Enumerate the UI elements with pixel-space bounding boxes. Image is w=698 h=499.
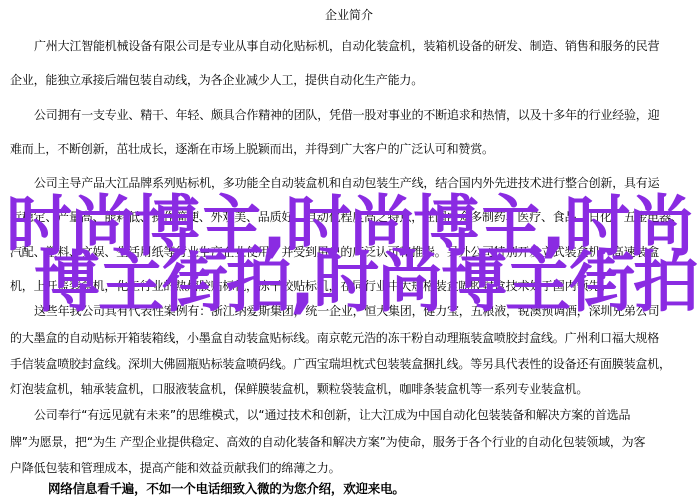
page-title: 企业简介 — [0, 6, 698, 24]
paragraph-4-line-3: 手信装盒喷胶封盒线。深圳大佛圆瓶贴标装盒喷码线。广西宝瑞坦枕式包装装盒捆扎线。等… — [10, 356, 671, 372]
paragraph-5-line-3: 户降低包装和管理成本，提高产能和效益贡献我们的绵薄之力。 — [10, 460, 340, 476]
paragraph-1-line-1: 广州大江智能机械设备有限公司是专业从事自动化贴标机，自动化装盒机，装箱机设备的研… — [34, 38, 659, 54]
overlay-text-line-2: 博主街拍,时尚博主街拍 — [34, 250, 697, 316]
paragraph-4-line-4: 灯泡装盒机，轴承装盒机，口服液装盒机，保鲜膜装盒机，颗粒袋装盒机，咖啡条装盒机等… — [10, 381, 588, 397]
closing-line: 网络信息看千遍，不如一个电话细致入微的为您介绍，欢迎来电。 — [48, 481, 405, 497]
paragraph-5-line-2: 牌”为愿景，把“为生 产型企业提供稳定、高效的自动化装备和解决方案”为使命，服务… — [10, 434, 645, 450]
paragraph-1-line-2: 企业，能独立承接后端包装自动线，为各企业减少人工，提供自动化生产能力。 — [10, 72, 423, 88]
paragraph-4-line-2: 的大墨盒的自动贴标开箱装箱线，小墨盒自动装盒贴标线。南京乾元浩的冻干粉自动理瓶装… — [10, 330, 659, 346]
paragraph-5-line-1: 公司奉行“有远见就有未来”的思维模式，以“通过技术和创新，让大江成为中国自动化包… — [34, 407, 630, 423]
paragraph-2-line-2: 难而上，不断创新，茁壮成长，逐渐在市场上脱颖而出，并得到广大客户的广泛认可和赞赏… — [10, 141, 494, 157]
paragraph-2-line-1: 公司拥有一支专业、精干、年轻、颇具合作精神的团队，凭借一股对事业的不断追求和热情… — [34, 107, 659, 123]
